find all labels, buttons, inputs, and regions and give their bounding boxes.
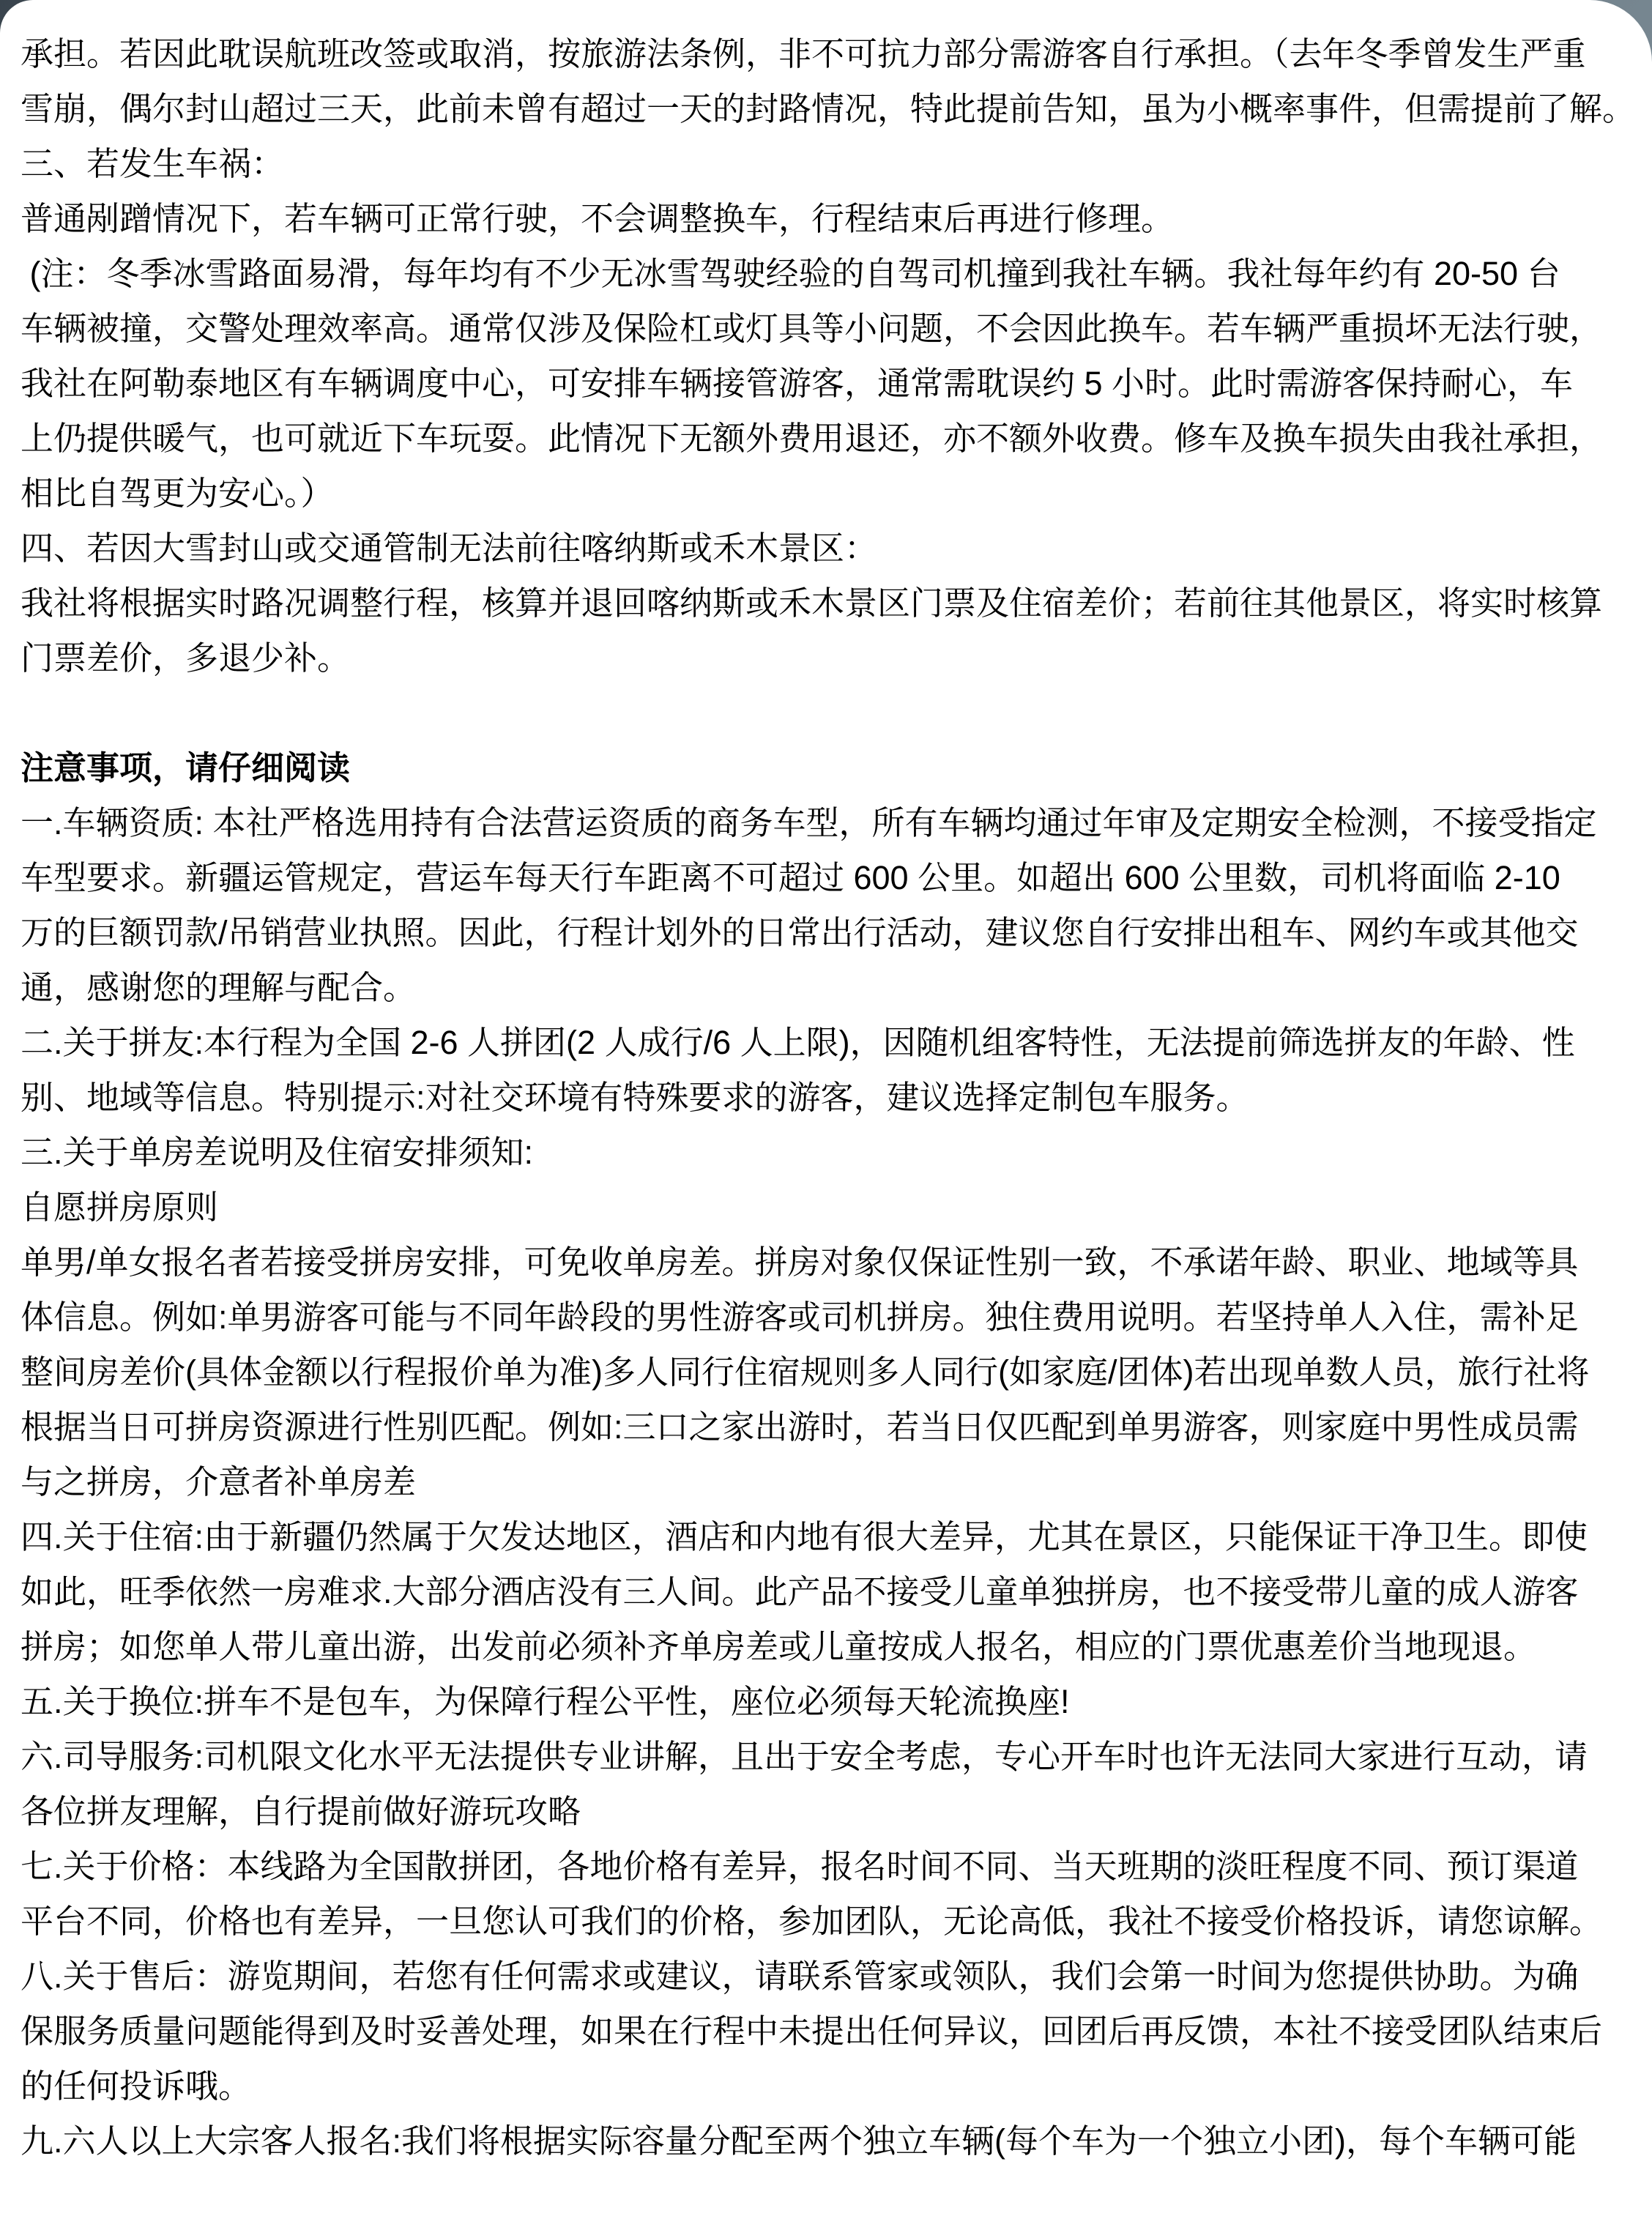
text-line: 通，感谢您的理解与配合。 bbox=[21, 960, 1631, 1015]
text-line: 二.关于拼友:本行程为全国 2-6 人拼团(2 人成行/6 人上限)，因随机组客… bbox=[21, 1015, 1631, 1070]
page: { "page": { "card_background": "#ffffff"… bbox=[0, 0, 1652, 2238]
text-line: 九.六人以上大宗客人报名:我们将根据实际容量分配至两个独立车辆(每个车为一个独立… bbox=[21, 2114, 1631, 2168]
text-line: 与之拼房，介意者补单房差 bbox=[21, 1454, 1631, 1509]
text-line: 万的巨额罚款/吊销营业执照。因此，行程计划外的日常出行活动，建议您自行安排出租车… bbox=[21, 905, 1631, 960]
text-line: 各位拼友理解，自行提前做好游玩攻略 bbox=[21, 1784, 1631, 1839]
text-line: 我社将根据实时路况调整行程，核算并退回喀纳斯或禾木景区门票及住宿差价；若前往其他… bbox=[21, 576, 1631, 631]
notice-heading: 注意事项，请仔细阅读 bbox=[21, 740, 1631, 795]
text-line: 相比自驾更为安心。） bbox=[21, 466, 1631, 521]
document-body: 承担。若因此耽误航班改签或取消，按旅游法条例，非不可抗力部分需游客自行承担。（去… bbox=[21, 26, 1631, 2168]
text-line: 八.关于售后：游览期间，若您有任何需求或建议，请联系管家或领队，我们会第一时间为… bbox=[21, 1949, 1631, 2004]
terms-card: 承担。若因此耽误航班改签或取消，按旅游法条例，非不可抗力部分需游客自行承担。（去… bbox=[0, 0, 1652, 2238]
text-line: 车型要求。新疆运管规定，营运车每天行车距离不可超过 600 公里。如超出 600… bbox=[21, 850, 1631, 905]
text-line: 三.关于单房差说明及住宿安排须知: bbox=[21, 1125, 1631, 1180]
text-line: 三、若发生车祸： bbox=[21, 136, 1631, 191]
text-line: 体信息。例如:单男游客可能与不同年龄段的男性游客或司机拼房。独住费用说明。若坚持… bbox=[21, 1290, 1631, 1345]
text-line: 雪崩，偶尔封山超过三天，此前未曾有超过一天的封路情况，特此提前告知，虽为小概率事… bbox=[21, 81, 1631, 136]
text-line: 一.车辆资质: 本社严格选用持有合法营运资质的商务车型，所有车辆均通过年审及定期… bbox=[21, 795, 1631, 850]
text-line: 拼房；如您单人带儿童出游，出发前必须补齐单房差或儿童按成人报名，相应的门票优惠差… bbox=[21, 1619, 1631, 1674]
text-line: 平台不同，价格也有差异，一旦您认可我们的价格，参加团队，无论高低，我社不接受价格… bbox=[21, 1894, 1631, 1949]
text-line: 普通剐蹭情况下，若车辆可正常行驶，不会调整换车，行程结束后再进行修理。 bbox=[21, 191, 1631, 246]
text-line: 如此，旺季依然一房难求.大部分酒店没有三人间。此产品不接受儿童单独拼房，也不接受… bbox=[21, 1564, 1631, 1619]
text-line: 六.司导服务:司机限文化水平无法提供专业讲解，且出于安全考虑，专心开车时也许无法… bbox=[21, 1729, 1631, 1784]
text-line: 保服务质量问题能得到及时妥善处理，如果在行程中未提出任何异议，回团后再反馈，本社… bbox=[21, 2004, 1631, 2059]
text-line: 整间房差价(具体金额以行程报价单为准)多人同行住宿规则多人同行(如家庭/团体)若… bbox=[21, 1345, 1631, 1399]
text-line: 单男/单女报名者若接受拼房安排，可免收单房差。拼房对象仅保证性别一致，不承诺年龄… bbox=[21, 1235, 1631, 1290]
text-line: 我社在阿勒泰地区有车辆调度中心，可安排车辆接管游客，通常需耽误约 5 小时。此时… bbox=[21, 356, 1631, 411]
text-line: 别、地域等信息。特别提示:对社交环境有特殊要求的游客，建议选择定制包车服务。 bbox=[21, 1070, 1631, 1125]
blank-line bbox=[21, 685, 1631, 740]
text-line: 自愿拼房原则 bbox=[21, 1180, 1631, 1235]
text-line: 根据当日可拼房资源进行性别匹配。例如:三口之家出游时，若当日仅匹配到单男游客，则… bbox=[21, 1399, 1631, 1454]
text-line: 上仍提供暖气，也可就近下车玩耍。此情况下无额外费用退还，亦不额外收费。修车及换车… bbox=[21, 411, 1631, 466]
text-line: (注：冬季冰雪路面易滑，每年均有不少无冰雪驾驶经验的自驾司机撞到我社车辆。我社每… bbox=[21, 246, 1631, 301]
text-line: 五.关于换位:拼车不是包车，为保障行程公平性，座位必须每天轮流换座! bbox=[21, 1674, 1631, 1729]
text-line: 四、若因大雪封山或交通管制无法前往喀纳斯或禾木景区： bbox=[21, 521, 1631, 576]
text-line: 门票差价，多退少补。 bbox=[21, 631, 1631, 685]
text-line: 车辆被撞，交警处理效率高。通常仅涉及保险杠或灯具等小问题，不会因此换车。若车辆严… bbox=[21, 301, 1631, 356]
text-line: 的任何投诉哦。 bbox=[21, 2059, 1631, 2114]
text-line: 七.关于价格：本线路为全国散拼团，各地价格有差异，报名时间不同、当天班期的淡旺程… bbox=[21, 1839, 1631, 1894]
text-line: 四.关于住宿:由于新疆仍然属于欠发达地区，酒店和内地有很大差异，尤其在景区，只能… bbox=[21, 1509, 1631, 1564]
text-line: 承担。若因此耽误航班改签或取消，按旅游法条例，非不可抗力部分需游客自行承担。（去… bbox=[21, 26, 1631, 81]
